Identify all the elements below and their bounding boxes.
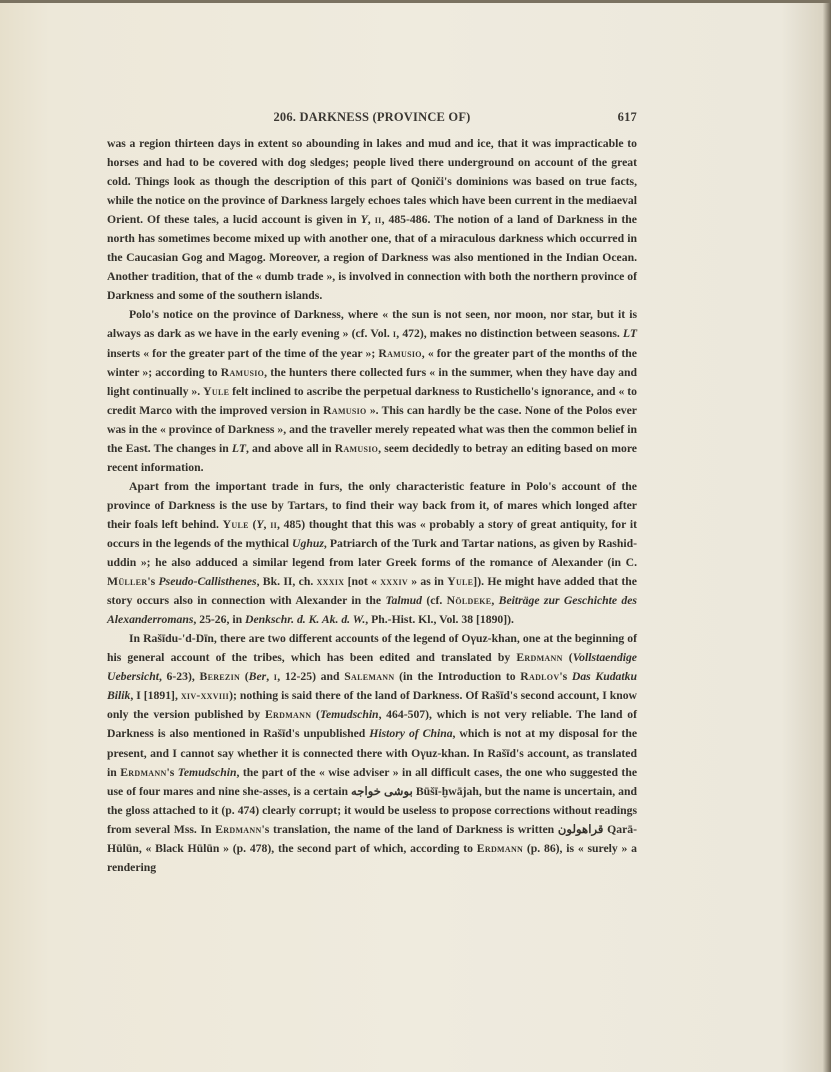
italic-text: Y xyxy=(256,518,263,531)
page-top-edge xyxy=(0,0,831,3)
small-caps-text: Erdmann xyxy=(120,766,166,779)
italic-text: Pseudo-Callisthenes xyxy=(159,575,257,588)
small-caps-text: Nöldeke xyxy=(447,594,492,607)
small-caps-text: xiv-xxviii xyxy=(181,689,229,702)
italic-text: Denkschr. d. K. Ak. d. W. xyxy=(245,613,365,626)
italic-text: Talmud xyxy=(385,594,422,607)
small-caps-text: Erdmann xyxy=(215,823,261,836)
running-header: 206. DARKNESS (PROVINCE OF) 617 xyxy=(107,110,637,128)
header-title: 206. DARKNESS (PROVINCE OF) xyxy=(107,110,637,125)
page-number: 617 xyxy=(618,110,637,125)
small-caps-text: Yule xyxy=(223,518,249,531)
italic-text: Y xyxy=(361,213,368,226)
book-page: 206. DARKNESS (PROVINCE OF) 617 was a re… xyxy=(0,0,831,1072)
italic-text: LT xyxy=(623,327,637,340)
small-caps-text: Ramusio xyxy=(335,442,378,455)
small-caps-text: Erdmann xyxy=(516,651,562,664)
small-caps-text: i xyxy=(393,327,396,340)
italic-text: Beiträge zur Geschichte des Alexanderrom… xyxy=(107,594,637,626)
italic-text: LT xyxy=(232,442,246,455)
small-caps-text: Erdmann xyxy=(477,842,523,855)
italic-text: History of China xyxy=(369,727,452,740)
paragraph: Apart from the important trade in furs, … xyxy=(107,477,637,629)
small-caps-text: Müller xyxy=(107,575,147,588)
small-caps-text: Yule xyxy=(203,385,229,398)
small-caps-text: ii xyxy=(375,213,382,226)
small-caps-text: i xyxy=(274,670,277,683)
paragraph: In Rašīdu-'d-Dīn, there are two differen… xyxy=(107,629,637,877)
small-caps-text: Ramusio xyxy=(378,347,421,360)
italic-text: Temudschin xyxy=(178,766,237,779)
small-caps-text: ii xyxy=(270,518,277,531)
paragraph: Polo's notice on the province of Darknes… xyxy=(107,305,637,476)
small-caps-text: Ramusio xyxy=(323,404,366,417)
italic-text: Temudschin xyxy=(320,708,379,721)
small-caps-text: xxxix xyxy=(317,575,345,588)
small-caps-text: Radlov xyxy=(520,670,559,683)
paragraph: was a region thirteen days in extent so … xyxy=(107,134,637,305)
small-caps-text: Salemann xyxy=(344,670,394,683)
small-caps-text: Erdmann xyxy=(265,708,311,721)
small-caps-text: Ramusio xyxy=(221,366,264,379)
small-caps-text: Yule xyxy=(447,575,473,588)
small-caps-text: xxxiv xyxy=(380,575,408,588)
small-caps-text: Berezin xyxy=(199,670,240,683)
italic-text: Ughuz xyxy=(292,537,324,550)
body-text: was a region thirteen days in extent so … xyxy=(107,134,637,877)
italic-text: Ber xyxy=(249,670,267,683)
